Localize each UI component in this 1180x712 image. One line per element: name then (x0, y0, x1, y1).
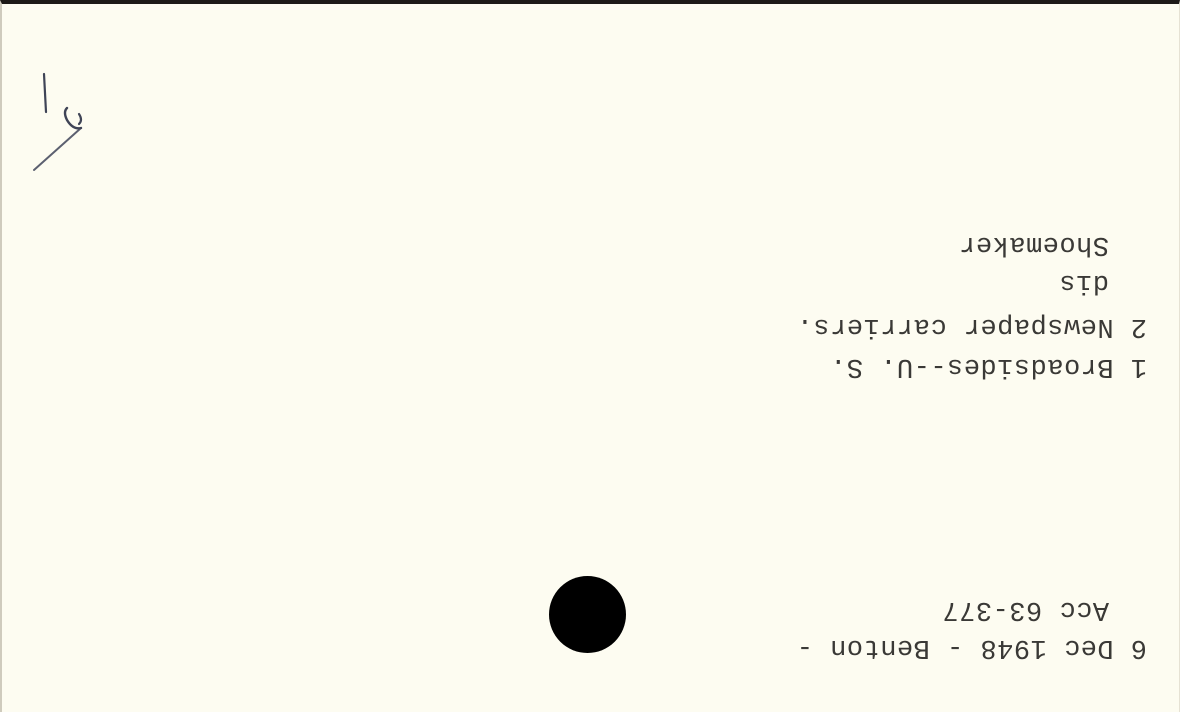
catalog-card: 6 Dec 1948 - Benton - Acc 63-377 1 Broad… (0, 0, 1180, 712)
pencil-mark-icon (19, 62, 139, 182)
tracing-2: 2 Newspaper carriers. (796, 312, 1147, 339)
disposition-label: dis (1059, 268, 1109, 295)
hole-punch-icon (549, 576, 626, 653)
tracing-1: 1 Broadsides--U. S. (830, 352, 1147, 379)
accession-number: Acc 63-377 (942, 595, 1109, 622)
date-donor-line: 6 Dec 1948 - Benton - (796, 633, 1147, 660)
disposition-value: Shoemaker (959, 230, 1109, 257)
